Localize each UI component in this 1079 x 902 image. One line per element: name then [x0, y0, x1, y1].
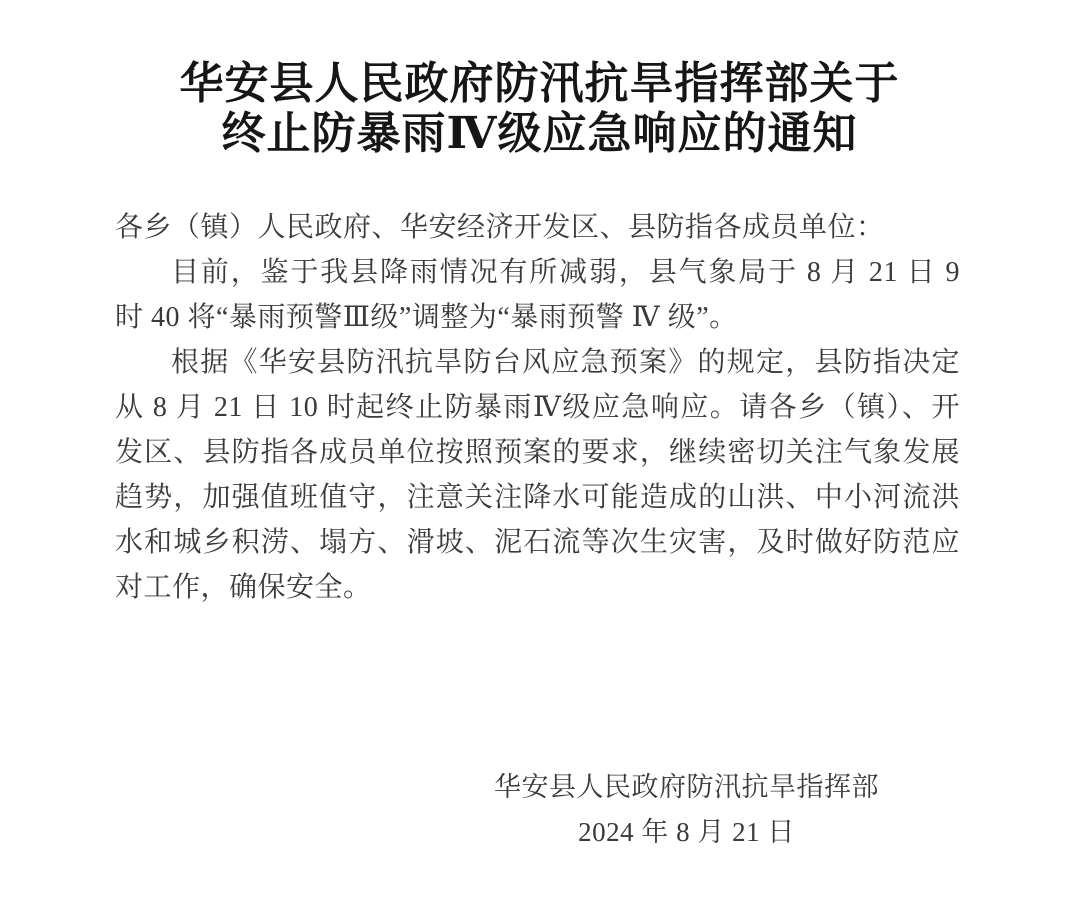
body-line: 从 8 月 21 日 10 时起终止防暴雨Ⅳ级应急响应。请各乡（镇）、开 [115, 385, 960, 430]
body-line: 趋势，加强值班值守，注意关注降水可能造成的山洪、中小河流洪 [115, 475, 960, 520]
paragraph-1: 目前，鉴于我县降雨情况有所减弱，县气象局于 8 月 21 日 9 时 40 将“… [115, 250, 960, 340]
body-line: 目前，鉴于我县降雨情况有所减弱，县气象局于 8 月 21 日 9 [115, 250, 960, 295]
document-page: 华安县人民政府防汛抗旱指挥部关于 终止防暴雨Ⅳ级应急响应的通知 各乡（镇）人民政… [0, 0, 1079, 902]
body-line: 水和城乡积涝、塌方、滑坡、泥石流等次生灾害，及时做好防范应 [115, 520, 960, 565]
body-line: 发区、县防指各成员单位按照预案的要求，继续密切关注气象发展 [115, 430, 960, 475]
title-line-1: 华安县人民政府防汛抗旱指挥部关于 [0, 59, 1079, 109]
signature-block: 华安县人民政府防汛抗旱指挥部 2024 年 8 月 21 日 [494, 765, 879, 855]
signature-org: 华安县人民政府防汛抗旱指挥部 [494, 765, 879, 810]
salutation-line: 各乡（镇）人民政府、华安经济开发区、县防指各成员单位： [115, 205, 960, 250]
title-line-2: 终止防暴雨Ⅳ级应急响应的通知 [0, 109, 1079, 159]
paragraph-2: 根据《华安县防汛抗旱防台风应急预案》的规定，县防指决定 从 8 月 21 日 1… [115, 340, 960, 610]
body-line: 根据《华安县防汛抗旱防台风应急预案》的规定，县防指决定 [115, 340, 960, 385]
body-line: 对工作，确保安全。 [115, 565, 960, 610]
signature-date: 2024 年 8 月 21 日 [494, 810, 879, 855]
document-body: 各乡（镇）人民政府、华安经济开发区、县防指各成员单位： 目前，鉴于我县降雨情况有… [115, 205, 960, 610]
document-title: 华安县人民政府防汛抗旱指挥部关于 终止防暴雨Ⅳ级应急响应的通知 [0, 29, 1079, 159]
body-line: 时 40 将“暴雨预警Ⅲ级”调整为“暴雨预警 Ⅳ 级”。 [115, 295, 960, 340]
